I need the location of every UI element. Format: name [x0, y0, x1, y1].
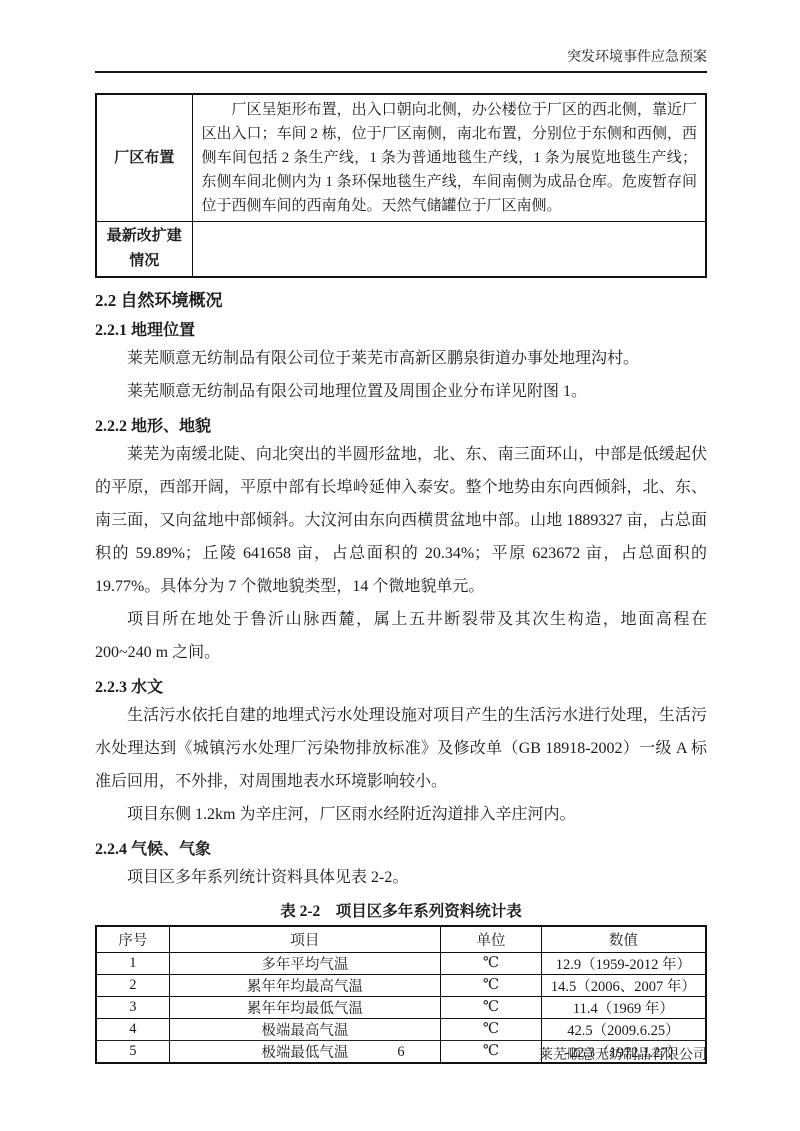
- section-heading-2-2: 2.2 自然环境概况: [95, 290, 707, 312]
- running-header-title: 突发环境事件应急预案: [95, 48, 707, 68]
- table-row: 4 极端最高气温 ℃ 42.5（2009.6.25）: [96, 1018, 706, 1040]
- table-cell-unit: ℃: [441, 1018, 542, 1040]
- footer-inner: 6 莱芜顺意无纺制品有限公司: [95, 1041, 707, 1061]
- section-heading-2-2-1: 2.2.1 地理位置: [95, 320, 707, 342]
- header-rule: [95, 71, 707, 73]
- paragraph-location-1: 莱芜顺意无纺制品有限公司位于莱芜市高新区鹏泉街道办事处地理沟村。: [95, 342, 707, 375]
- paragraph-hydrology-2: 项目东侧 1.2km 为辛庄河，厂区雨水经附近沟道排入辛庄河内。: [95, 798, 707, 831]
- table-row: 1 多年平均气温 ℃ 12.9（1959-2012 年）: [96, 952, 706, 974]
- info-label-plant-layout: 厂区布置: [96, 94, 192, 222]
- table-cell-no: 4: [96, 1018, 169, 1040]
- info-row-renovation: 最新改扩建情况: [96, 222, 706, 278]
- table-cell-item: 多年平均气温: [169, 952, 440, 974]
- info-content-plant-layout: 厂区呈矩形布置，出入口朝向北侧，办公楼位于厂区的西北侧，靠近厂区出入口；车间 2…: [192, 94, 706, 222]
- table-cell-item: 累年年均最低气温: [169, 996, 440, 1018]
- climate-table-header-row: 序号 项目 单位 数值: [96, 926, 706, 952]
- section-heading-2-2-2: 2.2.2 地形、地貌: [95, 416, 707, 438]
- table-cell-unit: ℃: [441, 974, 542, 996]
- footer-company-name: 莱芜顺意无纺制品有限公司: [539, 1044, 707, 1064]
- page: 突发环境事件应急预案 厂区布置 厂区呈矩形布置，出入口朝向北侧，办公楼位于厂区的…: [95, 0, 707, 1064]
- column-header-item: 项目: [169, 926, 440, 952]
- paragraph-hydrology-1: 生活污水依托自建的地埋式污水处理设施对项目产生的生活污水进行处理，生活污水处理达…: [95, 699, 707, 798]
- table-cell-value: 12.9（1959-2012 年）: [541, 952, 706, 974]
- page-footer: 6 莱芜顺意无纺制品有限公司: [95, 1040, 707, 1061]
- table-cell-item: 极端最高气温: [169, 1018, 440, 1040]
- table-cell-unit: ℃: [441, 952, 542, 974]
- table-cell-no: 3: [96, 996, 169, 1018]
- paragraph-terrain-2: 项目所在地处于鲁沂山脉西麓，属上五井断裂带及其次生构造，地面高程在 200~24…: [95, 603, 707, 669]
- table-cell-value: 42.5（2009.6.25）: [541, 1018, 706, 1040]
- table-cell-value: 14.5（2006、2007 年）: [541, 974, 706, 996]
- paragraph-terrain-1: 莱芜为南缓北陡、向北突出的半圆形盆地，北、东、南三面环山，中部是低缓起伏的平原，…: [95, 438, 707, 603]
- section-heading-2-2-3: 2.2.3 水文: [95, 677, 707, 699]
- table-cell-value: 11.4（1969 年）: [541, 996, 706, 1018]
- table-cell-unit: ℃: [441, 996, 542, 1018]
- table-cell-no: 1: [96, 952, 169, 974]
- table-cell-no: 2: [96, 974, 169, 996]
- table-2-2-caption: 表 2-2 项目区多年系列资料统计表: [95, 899, 707, 921]
- info-row-plant-layout: 厂区布置 厂区呈矩形布置，出入口朝向北侧，办公楼位于厂区的西北侧，靠近厂区出入口…: [96, 94, 706, 222]
- column-header-no: 序号: [96, 926, 169, 952]
- info-label-renovation: 最新改扩建情况: [96, 222, 192, 278]
- column-header-value: 数值: [541, 926, 706, 952]
- column-header-unit: 单位: [441, 926, 542, 952]
- table-row: 3 累年年均最低气温 ℃ 11.4（1969 年）: [96, 996, 706, 1018]
- table-row: 2 累年年均最高气温 ℃ 14.5（2006、2007 年）: [96, 974, 706, 996]
- info-content-renovation: [192, 222, 706, 278]
- paragraph-location-2: 莱芜顺意无纺制品有限公司地理位置及周围企业分布详见附图 1。: [95, 375, 707, 408]
- info-table: 厂区布置 厂区呈矩形布置，出入口朝向北侧，办公楼位于厂区的西北侧，靠近厂区出入口…: [95, 93, 707, 278]
- paragraph-climate-intro: 项目区多年系列统计资料具体见表 2-2。: [95, 861, 707, 894]
- section-heading-2-2-4: 2.2.4 气候、气象: [95, 839, 707, 861]
- table-cell-item: 累年年均最高气温: [169, 974, 440, 996]
